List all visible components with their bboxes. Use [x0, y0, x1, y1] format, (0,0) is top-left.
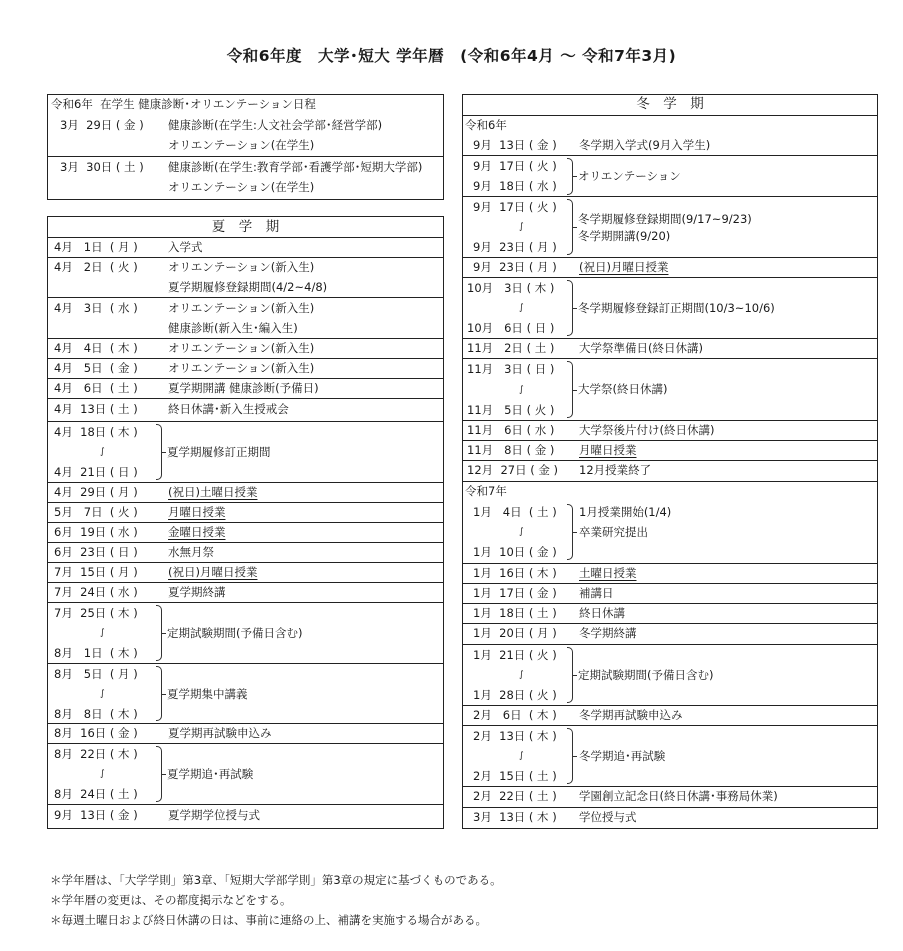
footnote: ＊学年暦の変更は、その都度掲示などをする。	[50, 890, 502, 910]
row-date-from: 2月 13日 ( 木 )	[473, 726, 557, 746]
row-event: 定期試験期間(予備日含む)	[167, 623, 302, 643]
row-event: 冬学期履修登録訂正期間(10/3~10/6)	[578, 298, 775, 318]
row-event: 水無月祭	[168, 542, 214, 562]
table-row: 1月 18日 ( 土 ) 終日休講	[463, 603, 877, 623]
table-row: 4月 13日 ( 土 ) 終日休講･新入生授戒会	[48, 398, 443, 421]
row-event: 終日休講･新入生授戒会	[168, 399, 289, 419]
row-date: 4月 2日 ( 火 )	[54, 257, 138, 277]
table-row-range: 8月 22日 ( 木 ) ∫ 8月 24日 ( 土 ) 夏学期追･再試験	[48, 743, 443, 804]
row-event: 夏学期追･再試験	[167, 764, 253, 784]
row-event: 定期試験期間(予備日含む)	[578, 665, 713, 685]
table-row-range: 2月 13日 ( 木 ) ∫ 2月 15日 ( 土 ) 冬学期追･再試験	[463, 725, 877, 786]
table-row: 4月 1日 ( 月 ) 入学式	[48, 237, 443, 257]
summer-term-table: 夏 学 期 4月 1日 ( 月 ) 入学式 4月 2日 ( 火 ) オリエンテー…	[47, 216, 444, 829]
row-date-to: 8月 8日 ( 木 )	[54, 704, 138, 724]
row-date: 4月 6日 ( 土 )	[54, 378, 138, 398]
table-row: 7月 24日 ( 水 ) 夏学期終講	[48, 582, 443, 602]
table-row: 12月 27日 ( 金 ) 12月授業終了	[463, 460, 877, 481]
row-date-to: 1月 10日 ( 金 )	[473, 542, 557, 562]
table-row: 5月 7日 ( 火 ) 月曜日授業	[48, 502, 443, 522]
row-event: 1月授業開始(1/4)	[579, 502, 671, 522]
row-date-to: 1月 28日 ( 火 )	[473, 685, 557, 705]
table-row: 11月 8日 ( 金 ) 月曜日授業	[463, 440, 877, 460]
row-date: 3月 29日 ( 金 )	[60, 115, 144, 135]
row-event: 健康診断(新入生･編入生)	[168, 318, 298, 338]
row-event: オリエンテーション(在学生)	[168, 177, 314, 197]
row-event: オリエンテーション(新入生)	[168, 257, 314, 277]
row-event: 土曜日授業	[579, 563, 637, 583]
row-event: 月曜日授業	[168, 502, 226, 522]
row-event: オリエンテーション(新入生)	[168, 358, 314, 378]
row-date: 7月 15日 ( 月 )	[54, 562, 138, 582]
footnote: ＊学年暦は、「大学学則」第3章、「短期大学部学則」第3章の規定に基づくものである…	[50, 870, 502, 890]
table-row: 2月 22日 ( 土 ) 学園創立記念日(終日休講･事務局休業)	[463, 786, 877, 807]
table-row: 4月 29日 ( 月 ) (祝日)土曜日授業	[48, 482, 443, 502]
table-row: 4月 3日 ( 水 ) オリエンテーション(新入生) 健康診断(新入生･編入生)	[48, 297, 443, 338]
row-event: 冬学期終講	[579, 623, 637, 643]
brace-tip-icon	[162, 774, 166, 775]
range-mark: ∫	[519, 522, 524, 542]
row-date: 8月 16日 ( 金 )	[54, 723, 138, 743]
row-event: (祝日)月曜日授業	[168, 562, 257, 582]
summer-term-header: 夏 学 期	[48, 217, 443, 237]
table-row: 令和6年 9月 13日 ( 金 ) 冬学期入学式(9月入学生)	[463, 115, 877, 155]
winter-term-header: 冬 学 期	[463, 94, 877, 114]
row-date: 4月 5日 ( 金 )	[54, 358, 138, 378]
row-date-to: 8月 24日 ( 土 )	[54, 784, 138, 804]
row-date: 6月 23日 ( 日 )	[54, 542, 138, 562]
table-row-range: 9月 17日 ( 火 ) ∫ 9月 23日 ( 月 ) 冬学期履修登録期間(9/…	[463, 196, 877, 257]
table-row: 3月 30日 ( 土 ) 健康診断(在学生:教育学部･看護学部･短期大学部) オ…	[48, 156, 443, 200]
row-date-from: 1月 21日 ( 火 )	[473, 645, 557, 665]
brace-tip-icon	[573, 227, 577, 228]
range-mark: ∫	[519, 380, 524, 400]
row-date-to: 4月 21日 ( 日 )	[54, 462, 138, 482]
table-row: 2月 6日 ( 木 ) 冬学期再試験申込み	[463, 705, 877, 725]
row-date-from: 9月 17日 ( 火 )	[473, 156, 557, 176]
table-row-range: 4月 18日 ( 木 ) ∫ 4月 21日 ( 日 ) 夏学期履修訂正期間	[48, 421, 443, 482]
row-date-to: 11月 5日 ( 火 )	[467, 400, 554, 420]
orientation-header: 令和6年 在学生 健康診断･オリエンテーション日程	[51, 94, 316, 114]
footnotes: ＊学年暦は、「大学学則」第3章、「短期大学部学則」第3章の規定に基づくものである…	[50, 870, 502, 930]
row-date-from: 4月 18日 ( 木 )	[54, 422, 138, 442]
row-date: 12月 27日 ( 金 )	[467, 460, 558, 480]
row-date-to: 2月 15日 ( 土 )	[473, 766, 557, 786]
brace-tip-icon	[573, 390, 577, 391]
table-row: 9月 13日 ( 金 ) 夏学期学位授与式	[48, 804, 443, 828]
table-row-range: 8月 5日 ( 月 ) ∫ 8月 8日 ( 木 ) 夏学期集中講義	[48, 663, 443, 723]
table-row: 6月 23日 ( 日 ) 水無月祭	[48, 542, 443, 562]
row-event: 終日休講	[579, 603, 625, 623]
row-event: 冬学期入学式(9月入学生)	[579, 135, 710, 155]
table-row: 1月 17日 ( 金 ) 補講日	[463, 583, 877, 603]
table-row-range: 7月 25日 ( 木 ) ∫ 8月 1日 ( 木 ) 定期試験期間(予備日含む)	[48, 602, 443, 663]
row-date-to: 10月 6日 ( 日 )	[467, 318, 554, 338]
row-date-to: 9月 23日 ( 月 )	[473, 237, 557, 257]
row-date: 1月 18日 ( 土 )	[473, 603, 557, 623]
row-date: 7月 24日 ( 水 )	[54, 582, 138, 602]
table-row: 4月 2日 ( 火 ) オリエンテーション(新入生) 夏学期履修登録期間(4/2…	[48, 257, 443, 297]
row-event: 冬学期追･再試験	[579, 746, 665, 766]
row-event: 学位授与式	[579, 807, 637, 827]
row-event: 夏学期再試験申込み	[168, 723, 272, 743]
page-title: 令和6年度 大学･短大 学年暦 (令和6年4月 ～ 令和7年3月)	[0, 44, 903, 66]
row-date: 3月 13日 ( 木 )	[473, 807, 557, 827]
row-date: 1月 16日 ( 木 )	[473, 563, 557, 583]
table-row: 11月 2日 ( 土 ) 大学祭準備日(終日休講)	[463, 338, 877, 358]
row-date: 9月 13日 ( 金 )	[54, 805, 138, 825]
row-event: 大学祭(終日休講)	[578, 379, 667, 399]
orientation-schedule-box: 令和6年 在学生 健康診断･オリエンテーション日程 3月 29日 ( 金 ) 健…	[47, 94, 444, 200]
table-row: 3月 13日 ( 木 ) 学位授与式	[463, 807, 877, 828]
table-row: 3月 29日 ( 金 ) 健康診断(在学生:人文社会学部･経営学部) オリエンテ…	[48, 114, 443, 156]
table-row-range: 9月 17日 ( 火 ) 9月 18日 ( 水 ) オリエンテーション	[463, 155, 877, 196]
row-date-to: 9月 18日 ( 水 )	[473, 176, 557, 196]
table-row: 7月 15日 ( 月 ) (祝日)月曜日授業	[48, 562, 443, 582]
row-date: 9月 23日 ( 月 )	[473, 257, 557, 277]
row-date-from: 7月 25日 ( 木 )	[54, 603, 138, 623]
table-row: 4月 6日 ( 土 ) 夏学期開講 健康診断(予備日)	[48, 378, 443, 398]
row-date-from: 11月 3日 ( 日 )	[467, 359, 554, 379]
range-mark: ∫	[519, 298, 524, 318]
row-event: 学園創立記念日(終日休講･事務局休業)	[579, 786, 778, 806]
row-date: 1月 20日 ( 月 )	[473, 623, 557, 643]
brace-tip-icon	[162, 694, 166, 695]
row-date: 9月 13日 ( 金 )	[473, 135, 557, 155]
row-date: 6月 19日 ( 水 )	[54, 522, 138, 542]
table-row-range: 1月 21日 ( 火 ) ∫ 1月 28日 ( 火 ) 定期試験期間(予備日含む…	[463, 644, 877, 705]
table-row: 4月 4日 ( 木 ) オリエンテーション(新入生)	[48, 338, 443, 358]
winter-term-table: 冬 学 期 令和6年 9月 13日 ( 金 ) 冬学期入学式(9月入学生) 9月…	[462, 94, 878, 829]
brace-tip-icon	[573, 308, 577, 309]
range-mark: ∫	[519, 665, 524, 685]
row-event: 卒業研究提出	[579, 522, 648, 542]
brace-tip-icon	[162, 633, 166, 634]
brace-tip-icon	[573, 176, 577, 177]
row-date-to: 8月 1日 ( 木 )	[54, 643, 138, 663]
year-label: 令和7年	[465, 481, 507, 501]
table-row: 9月 23日 ( 月 ) (祝日)月曜日授業	[463, 257, 877, 277]
row-date-from: 8月 5日 ( 月 )	[54, 664, 138, 684]
row-date: 11月 6日 ( 水 )	[467, 420, 554, 440]
range-mark: ∫	[519, 217, 524, 237]
footnote: ＊毎週土曜日および終日休講の日は、事前に連絡の上、補講を実施する場合がある。	[50, 910, 502, 930]
range-mark: ∫	[100, 623, 105, 643]
table-row: 11月 6日 ( 水 ) 大学祭後片付け(終日休講)	[463, 420, 877, 440]
row-event: 12月授業終了	[579, 460, 651, 480]
row-event: 入学式	[168, 237, 203, 257]
table-row: 4月 5日 ( 金 ) オリエンテーション(新入生)	[48, 358, 443, 378]
row-date: 4月 4日 ( 木 )	[54, 338, 138, 358]
row-event: 大学祭後片付け(終日休講)	[579, 420, 714, 440]
row-event: 夏学期履修登録期間(4/2~4/8)	[168, 277, 327, 297]
table-row-range: 10月 3日 ( 木 ) ∫ 10月 6日 ( 日 ) 冬学期履修登録訂正期間(…	[463, 277, 877, 338]
row-event: 健康診断(在学生:人文社会学部･経営学部)	[168, 115, 382, 135]
row-event: 補講日	[579, 583, 614, 603]
table-row: 1月 16日 ( 木 ) 土曜日授業	[463, 563, 877, 583]
row-event: オリエンテーション	[578, 166, 681, 186]
row-date: 4月 29日 ( 月 )	[54, 482, 138, 502]
row-date: 11月 8日 ( 金 )	[467, 440, 554, 460]
range-mark: ∫	[519, 746, 524, 766]
row-event: 夏学期学位授与式	[168, 805, 260, 825]
row-event: 冬学期再試験申込み	[579, 705, 683, 725]
brace-tip-icon	[573, 532, 577, 533]
row-event: 健康診断(在学生:教育学部･看護学部･短期大学部)	[168, 157, 422, 177]
table-row: 6月 19日 ( 水 ) 金曜日授業	[48, 522, 443, 542]
row-event: 金曜日授業	[168, 522, 226, 542]
row-date: 2月 22日 ( 土 )	[473, 786, 557, 806]
row-event: 冬学期開講(9/20)	[578, 226, 670, 246]
range-mark: ∫	[100, 684, 105, 704]
brace-tip-icon	[162, 452, 166, 453]
row-date-from: 10月 3日 ( 木 )	[467, 278, 554, 298]
range-mark: ∫	[100, 442, 105, 462]
row-event: 大学祭準備日(終日休講)	[579, 338, 703, 358]
row-date: 5月 7日 ( 火 )	[54, 502, 138, 522]
brace-tip-icon	[573, 756, 577, 757]
table-row: 8月 16日 ( 金 ) 夏学期再試験申込み	[48, 723, 443, 743]
row-date: 11月 2日 ( 土 )	[467, 338, 554, 358]
row-event: オリエンテーション(新入生)	[168, 298, 314, 318]
row-date-from: 1月 4日 ( 土 )	[473, 502, 557, 522]
row-event: 月曜日授業	[579, 440, 637, 460]
row-date: 1月 17日 ( 金 )	[473, 583, 557, 603]
row-date: 4月 13日 ( 土 )	[54, 399, 138, 419]
row-event: 夏学期履修訂正期間	[167, 442, 271, 462]
row-date: 4月 1日 ( 月 )	[54, 237, 138, 257]
row-date: 2月 6日 ( 木 )	[473, 705, 557, 725]
row-date-from: 8月 22日 ( 木 )	[54, 744, 138, 764]
row-event: 夏学期開講 健康診断(予備日)	[168, 378, 319, 398]
row-event: オリエンテーション(新入生)	[168, 338, 314, 358]
year-label: 令和6年	[465, 115, 507, 135]
table-row: 1月 20日 ( 月 ) 冬学期終講	[463, 623, 877, 644]
table-row-range: 令和7年 1月 4日 ( 土 ) ∫ 1月 10日 ( 金 ) 1月授業開始(1…	[463, 481, 877, 563]
row-date: 3月 30日 ( 土 )	[60, 157, 144, 177]
row-event: 夏学期集中講義	[167, 684, 248, 704]
row-event: オリエンテーション(在学生)	[168, 135, 314, 155]
range-mark: ∫	[100, 764, 105, 784]
row-date-from: 9月 17日 ( 火 )	[473, 197, 557, 217]
row-event: (祝日)月曜日授業	[579, 257, 668, 277]
row-date: 4月 3日 ( 水 )	[54, 298, 138, 318]
row-event: (祝日)土曜日授業	[168, 482, 257, 502]
row-event: 夏学期終講	[168, 582, 226, 602]
brace-tip-icon	[573, 675, 577, 676]
table-row-range: 11月 3日 ( 日 ) ∫ 11月 5日 ( 火 ) 大学祭(終日休講)	[463, 358, 877, 420]
